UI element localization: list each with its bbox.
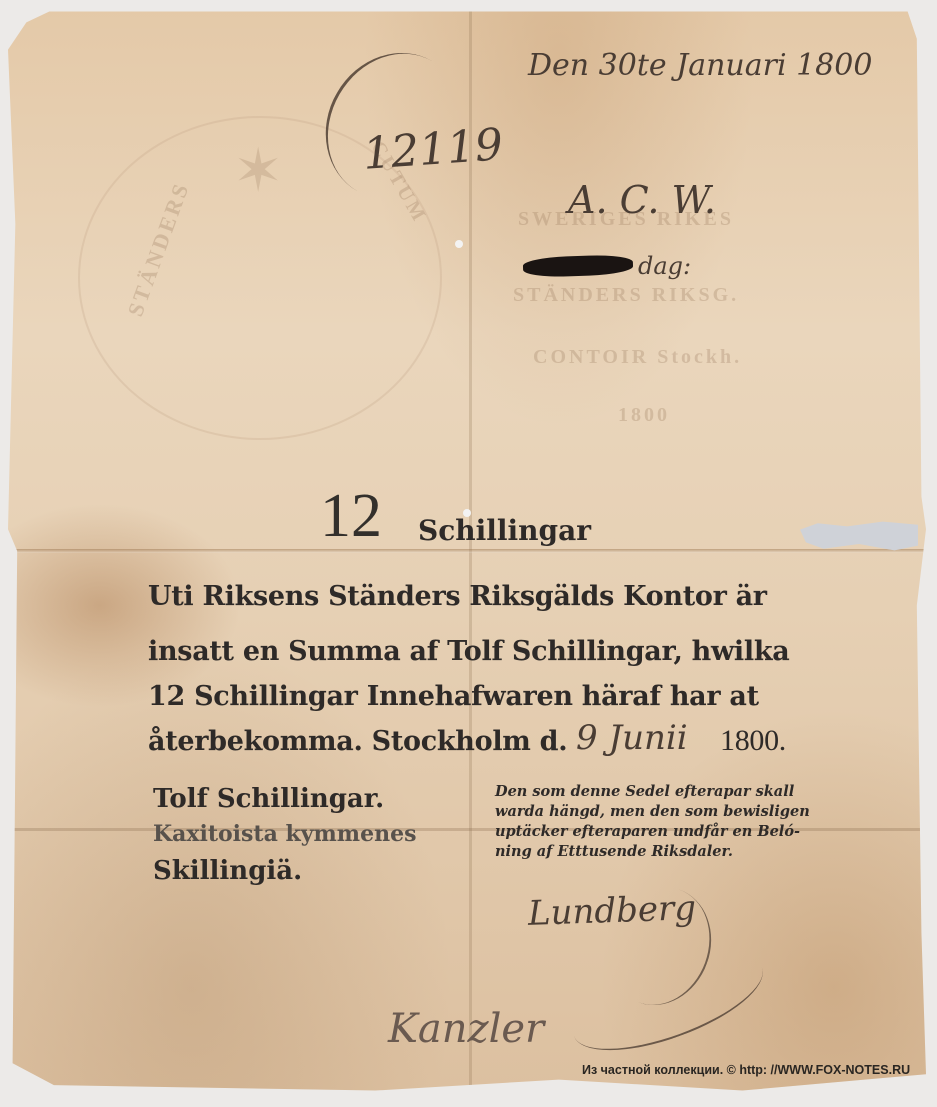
horizontal-fold (8, 549, 926, 553)
body-line-1: Uti Riksens Ständers Riksgälds Kontor är (148, 581, 767, 612)
amount-words-swedish: Tolf Schillingar. (153, 784, 384, 814)
emboss-line-3: CONTOIR Stockh. (533, 346, 742, 369)
body-line-2: insatt en Summa af Tolf Schillingar, hwi… (148, 636, 789, 667)
handwritten-initials: A. C. W. (568, 178, 716, 222)
signature-lower: Kanzler (388, 1006, 544, 1052)
sunburst-star-icon: ✶ (233, 136, 283, 206)
banknote-paper: ✶ STÄNDERS CUTUM SWERIGES RIKES STÄNDERS… (8, 6, 926, 1096)
body-line-4: återbekomma. Stockholm d. (148, 726, 567, 757)
amount-words-finnish-1: Kaxitoista kymmenes (153, 821, 416, 847)
emboss-line-4: 1800 (618, 404, 670, 427)
emboss-line-2: STÄNDERS RIKSG. (513, 284, 739, 307)
warning-line-1: Den som denne Sedel efterapar skall (495, 782, 810, 802)
warning-line-3: uptäcker efteraparen undfår en Beló- (495, 822, 810, 842)
warning-line-4: ning af Etttusende Riksdaler. (495, 842, 810, 862)
collection-credit: Из частной коллекции. © http: //WWW.FOX-… (582, 1063, 910, 1077)
warning-line-2: warda hängd, men den som bewisligen (495, 802, 810, 822)
handwritten-day-word: dag: (638, 252, 691, 280)
denomination-word: Schillingar (418, 514, 591, 547)
counterfeit-warning: Den som denne Sedel efterapar skall ward… (495, 782, 810, 862)
handwritten-date-in-text: 9 Junii (576, 718, 688, 758)
body-year: 1800. (720, 724, 786, 758)
handwritten-date-header: Den 30te Januari 1800 (528, 48, 872, 83)
body-line-3: 12 Schillingar Innehafwaren häraf har at (148, 681, 759, 712)
amount-words-finnish-2: Skillingiä. (153, 856, 302, 886)
redacted-ink (523, 254, 634, 278)
pin-hole (455, 240, 463, 248)
denomination-numeral: 12 (320, 481, 382, 552)
pin-hole-2 (463, 509, 471, 517)
